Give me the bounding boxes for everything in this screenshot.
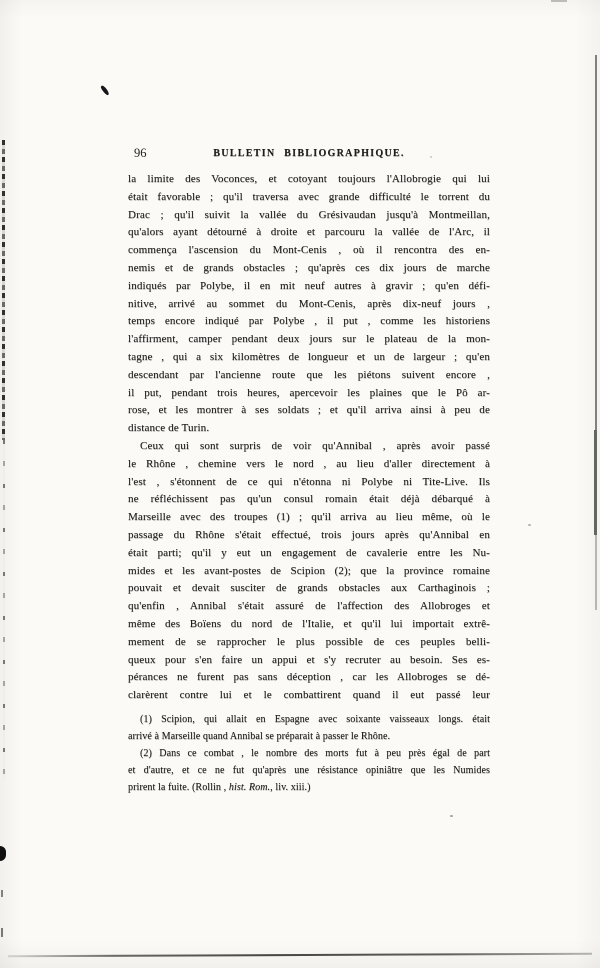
text-line: il put, pendant trois heures, apercevoir… bbox=[128, 385, 490, 403]
text-line: clarèrent contre lui et le combattirent … bbox=[128, 687, 490, 705]
scan-ink-blob bbox=[0, 846, 6, 861]
text-line: pérances ne furent pas sans déception , … bbox=[128, 669, 490, 687]
text-line: et d'autre, et ce ne fut qu'après une ré… bbox=[128, 762, 490, 779]
text-line: nemis et de grands obstacles ; qu'après … bbox=[128, 260, 490, 278]
paragraph-1: la limite des Voconces, et cotoyant touj… bbox=[128, 171, 490, 438]
text-line: (2) Dans ce combat , le nombre des morts… bbox=[128, 745, 490, 762]
text-line: était parti; qu'il y eut un engagement d… bbox=[128, 545, 490, 563]
text-line: la limite des Voconces, et cotoyant touj… bbox=[128, 171, 490, 189]
scanned-book-page: 96 BULLETIN BIBLIOGRAPHIQUE. la limite d… bbox=[0, 0, 600, 968]
scan-speck bbox=[528, 524, 531, 526]
running-title: BULLETIN BIBLIOGRAPHIQUE. bbox=[128, 147, 490, 161]
text-line: qu'enfin , Annibal s'était assuré de l'a… bbox=[128, 598, 490, 616]
scan-binding-edge-upper bbox=[2, 140, 5, 440]
text-line: (1) Scipion, qui allait en Espagne avec … bbox=[128, 711, 490, 728]
scan-page-edge-right-thick bbox=[594, 430, 597, 535]
citation-prefix: prirent la fuite. (Rollin , bbox=[128, 782, 229, 793]
scan-binding-edge-lower bbox=[3, 440, 5, 780]
text-line: était favorable ; qu'il traversa avec gr… bbox=[128, 189, 490, 207]
text-line: queux pour s'en faire un appui et s'y re… bbox=[128, 652, 490, 670]
text-line: tagne , qui a six kilomètres de longueur… bbox=[128, 349, 490, 367]
footnotes-block: (1) Scipion, qui allait en Espagne avec … bbox=[128, 711, 490, 796]
text-line: Marseille avec des troupes (1) ; qu'il a… bbox=[128, 509, 490, 527]
text-line: temps encore indiqué par Polybe , il put… bbox=[128, 313, 490, 331]
scan-page-edge-right-fade bbox=[595, 535, 597, 610]
scan-page-edge-right-thin bbox=[595, 55, 597, 430]
scan-mark-top-right bbox=[551, 0, 567, 2]
footnote-2-citation: prirent la fuite. (Rollin , hist. Rom., … bbox=[128, 779, 490, 796]
text-line: rose, et les montrer à ses soldats ; et … bbox=[128, 402, 490, 420]
text-line: descendant par l'ancienne route que les … bbox=[128, 367, 490, 385]
text-line: l'est , s'étonnent de ce qui n'étonna ni… bbox=[128, 474, 490, 492]
text-line: passage du Rhône s'était effectué, trois… bbox=[128, 527, 490, 545]
text-line: le Rhône , chemine vers le nord , au lie… bbox=[128, 456, 490, 474]
text-line: nitive, arrivé au sommet du Mont-Cenis, … bbox=[128, 296, 490, 314]
text-line: Drac ; qu'il suivit la vallée du Grésiva… bbox=[128, 207, 490, 225]
scan-speck bbox=[1, 890, 3, 897]
paragraph-2: Ceux qui sont surpris de voir qu'Annibal… bbox=[128, 438, 490, 705]
footnote-2: (2) Dans ce combat , le nombre des morts… bbox=[128, 745, 490, 779]
text-line: l'affirment, camper pendant deux jours s… bbox=[128, 331, 490, 349]
page-header: 96 BULLETIN BIBLIOGRAPHIQUE. bbox=[128, 146, 490, 162]
text-line: mement de se rapprocher le plus possible… bbox=[128, 634, 490, 652]
text-line: mides et les avant-postes de Scipion (2)… bbox=[128, 563, 490, 581]
text-line: indiqués par Polybe, il en mit neuf autr… bbox=[128, 278, 490, 296]
text-line: distance de Turin. bbox=[128, 420, 490, 438]
footnote-1: (1) Scipion, qui allait en Espagne avec … bbox=[128, 711, 490, 745]
text-line: ne réfléchissent pas qu'un consul romain… bbox=[128, 491, 490, 509]
citation-italic-title: hist. Rom. bbox=[229, 782, 270, 793]
citation-suffix: , liv. xiii.) bbox=[270, 782, 310, 793]
text-line: qu'alors ayant détourné à droite et parc… bbox=[128, 224, 490, 242]
text-line: arrivé à Marseille quand Annibal se prép… bbox=[128, 728, 490, 745]
scan-speck bbox=[1, 928, 3, 937]
pen-mark bbox=[100, 85, 110, 96]
text-line: même des Boïens du nord de l'Italie, et … bbox=[128, 616, 490, 634]
scan-speck bbox=[450, 815, 453, 817]
scan-page-edge-bottom bbox=[8, 953, 592, 958]
text-line: Ceux qui sont surpris de voir qu'Annibal… bbox=[128, 438, 490, 456]
text-line: pouvait et devait susciter de grands obs… bbox=[128, 580, 490, 598]
text-line: commença l'ascension du Mont-Cenis , où … bbox=[128, 242, 490, 260]
